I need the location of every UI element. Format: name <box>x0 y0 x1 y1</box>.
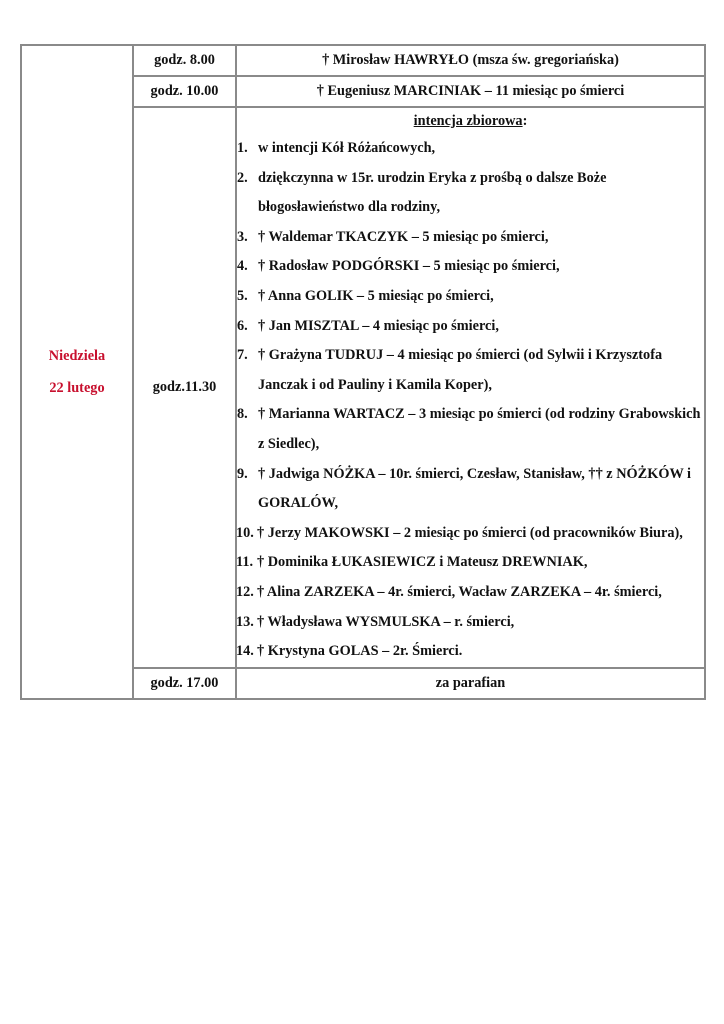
list-item-number: 4. <box>237 252 254 282</box>
list-item: 9.† Jadwiga NÓŻKA – 10r. śmierci, Czesła… <box>237 460 704 519</box>
list-item: 11.† Dominika ŁUKASIEWICZ i Mateusz DREW… <box>237 548 704 578</box>
list-item: 6.† Jan MISZTAL – 4 miesiąc po śmierci, <box>237 312 704 342</box>
list-item-number: 6. <box>237 312 254 342</box>
list-item-text: † Grażyna TUDRUJ – 4 miesiąc po śmierci … <box>254 341 704 400</box>
day-name: Niedziela <box>22 340 132 372</box>
list-item: 13.† Władysława WYSMULSKA – r. śmierci, <box>237 608 704 638</box>
list-item-text: † Dominika ŁUKASIEWICZ i Mateusz DREWNIA… <box>253 548 704 578</box>
list-item-number: 10. <box>236 519 253 549</box>
collective-intention-heading: intencja zbiorowa: <box>237 108 704 134</box>
list-item: 5.† Anna GOLIK – 5 miesiąc po śmierci, <box>237 282 704 312</box>
list-item-number: 7. <box>237 341 254 400</box>
list-item-text: † Marianna WARTACZ – 3 miesiąc po śmierc… <box>254 400 704 459</box>
list-item-text: † Waldemar TKACZYK – 5 miesiąc po śmierc… <box>254 223 704 253</box>
list-item-text: dziękczynna w 15r. urodzin Eryka z prośb… <box>254 164 704 223</box>
list-item-number: 12. <box>236 578 253 608</box>
list-item: 12.† Alina ZARZEKA – 4r. śmierci, Wacław… <box>237 578 704 608</box>
mass-time: godz. 10.00 <box>133 76 236 107</box>
list-item-number: 3. <box>237 223 254 253</box>
mass-intention: † Eugeniusz MARCINIAK – 11 miesiąc po śm… <box>236 76 705 107</box>
list-item-number: 14. <box>236 637 253 667</box>
mass-intention: za parafian <box>236 668 705 699</box>
list-item-text: † Anna GOLIK – 5 miesiąc po śmierci, <box>254 282 704 312</box>
list-item-number: 2. <box>237 164 254 223</box>
list-item-text: † Jerzy MAKOWSKI – 2 miesiąc po śmierci … <box>253 519 704 549</box>
list-item: 10.† Jerzy MAKOWSKI – 2 miesiąc po śmier… <box>237 519 704 549</box>
list-item-text: † Krystyna GOLAS – 2r. Śmierci. <box>253 637 704 667</box>
list-item: 14.† Krystyna GOLAS – 2r. Śmierci. <box>237 637 704 667</box>
list-item: 2.dziękczynna w 15r. urodzin Eryka z pro… <box>237 164 704 223</box>
collective-intentions-cell: intencja zbiorowa: 1.w intencji Kół Róża… <box>236 107 705 668</box>
day-date: 22 lutego <box>22 372 132 404</box>
list-item-text: † Jadwiga NÓŻKA – 10r. śmierci, Czesław,… <box>254 460 704 519</box>
list-item-number: 9. <box>237 460 254 519</box>
day-cell: Niedziela 22 lutego <box>21 45 133 699</box>
list-item-number: 5. <box>237 282 254 312</box>
list-item: 7.† Grażyna TUDRUJ – 4 miesiąc po śmierc… <box>237 341 704 400</box>
list-item-number: 8. <box>237 400 254 459</box>
mass-time: godz.11.30 <box>133 107 236 668</box>
list-item: 3.† Waldemar TKACZYK – 5 miesiąc po śmie… <box>237 223 704 253</box>
list-item: 1.w intencji Kół Różańcowych, <box>237 134 704 164</box>
table-row: Niedziela 22 lutego godz. 8.00 † Mirosła… <box>21 45 705 76</box>
mass-intention: † Mirosław HAWRYŁO (msza św. gregoriańsk… <box>236 45 705 76</box>
list-item-text: † Jan MISZTAL – 4 miesiąc po śmierci, <box>254 312 704 342</box>
list-item-text: † Alina ZARZEKA – 4r. śmierci, Wacław ZA… <box>253 578 704 608</box>
list-item-number: 11. <box>236 548 253 578</box>
mass-time: godz. 8.00 <box>133 45 236 76</box>
list-item-number: 13. <box>236 608 253 638</box>
list-item-number: 1. <box>237 134 254 164</box>
list-item: 4.† Radosław PODGÓRSKI – 5 miesiąc po śm… <box>237 252 704 282</box>
mass-schedule-table: Niedziela 22 lutego godz. 8.00 † Mirosła… <box>20 44 706 700</box>
list-item-text: † Radosław PODGÓRSKI – 5 miesiąc po śmie… <box>254 252 704 282</box>
list-item-text: † Władysława WYSMULSKA – r. śmierci, <box>253 608 704 638</box>
mass-time: godz. 17.00 <box>133 668 236 699</box>
list-item: 8.† Marianna WARTACZ – 3 miesiąc po śmie… <box>237 400 704 459</box>
list-item-text: w intencji Kół Różańcowych, <box>254 134 704 164</box>
intention-list: 1.w intencji Kół Różańcowych,2.dziękczyn… <box>237 134 704 667</box>
